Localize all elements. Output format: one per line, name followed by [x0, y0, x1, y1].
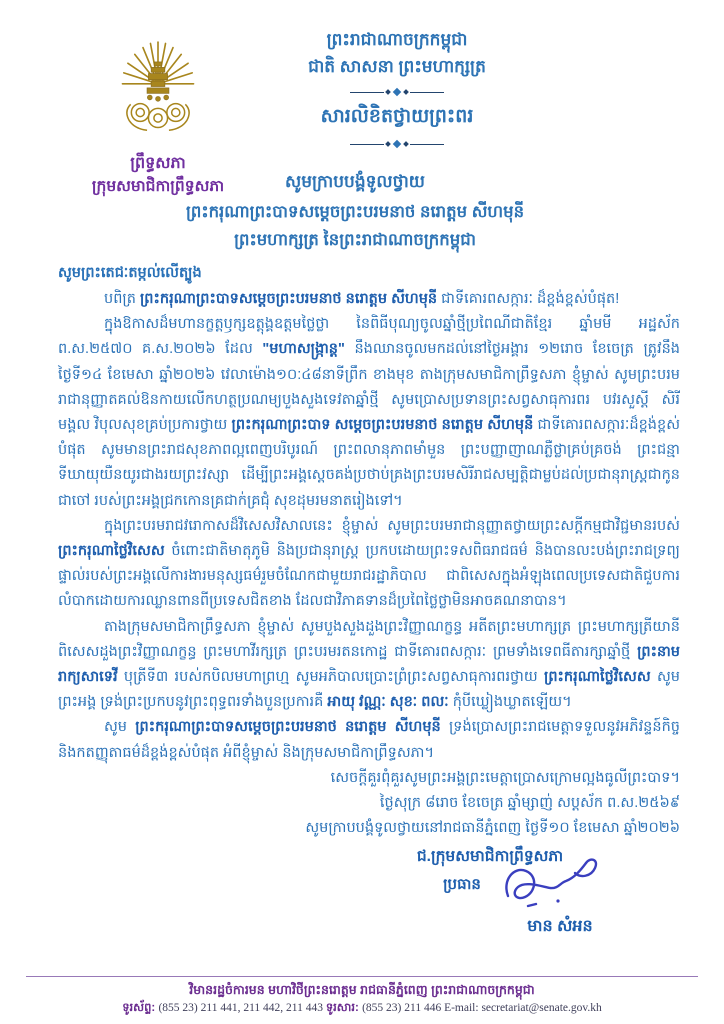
document-title: សារលិខិតថ្វាយព្រះពរ	[130, 102, 664, 132]
place-date-line: សូមក្រាបបង្គំទូលថ្វាយនៅរាជធានីភ្នំពេញ ថ្…	[58, 816, 680, 841]
submission-line: សូមក្រាបបង្គំទូលថ្វាយ	[30, 166, 680, 198]
signature-scribble-icon	[498, 856, 614, 916]
addressee-block: សូមក្រាបបង្គំទូលថ្វាយ ព្រះករុណាព្រះបាទសម…	[30, 166, 680, 254]
footer-divider	[26, 976, 698, 977]
king-name-line: ព្រះករុណាព្រះបាទសម្ដេចព្រះបរមនាថ នរោត្តម…	[30, 198, 680, 226]
kingdom-title: ព្រះរាជាណាចក្រកម្ពុជា	[130, 26, 664, 53]
paragraph-4: តាងក្រុមសមាជិកាព្រឹទ្ធសភា ខ្ញុំម្ចាស់ សូ…	[58, 615, 680, 716]
signature-block: ជ.ក្រុមសមាជិកាព្រឹទ្ធសភា ប្រធាន មាន សំអន	[58, 844, 680, 948]
signer-name: មាន សំអន	[460, 914, 660, 939]
letter-body: សូមព្រះតេជៈតម្កល់លើត្បូង បពិត្រ ព្រះករុណ…	[58, 260, 680, 948]
letter-page: ព្រឹទ្ធសភា ក្រុមសមាជិកាព្រឹទ្ធសភា ព្រះរា…	[0, 0, 724, 1024]
footer-address: វិមានរដ្ឋចំការមន មហាវិថីព្រះនរោត្តម រាជធ…	[0, 980, 724, 1000]
closing-respect-line: សេចក្ដីគួរពុំគួរសូមព្រះអង្គព្រះមេត្តាប្រ…	[58, 766, 680, 791]
paragraph-3: ក្នុងព្រះបរមរាជវរោកាសដ៏វិសេសវិសាលនេះ ខ្ញ…	[58, 514, 680, 615]
paragraph-5: សូម ព្រះករុណាព្រះបាទសម្ដេចព្រះបរមនាថ នរោ…	[58, 715, 680, 765]
footer-contact-line: ទូរស័ព្ទ: (855 23) 211 441, 211 442, 211…	[0, 1000, 724, 1017]
lunar-date-line: ថ្ងៃសុក្រ ៨រោច ខែចេត្រ ឆ្នាំម្សាញ់ សប្តស…	[58, 791, 680, 816]
salutation-line: សូមព្រះតេជៈតម្កល់លើត្បូង	[58, 260, 680, 287]
king-title-line: ព្រះមហាក្សត្រ នៃព្រះរាជាណាចក្រកម្ពុជា	[30, 226, 680, 254]
divider-ornament-icon	[130, 88, 664, 96]
center-header-block: ព្រះរាជាណាចក្រកម្ពុជា ជាតិ សាសនា ព្រះមហា…	[130, 26, 664, 154]
national-motto: ជាតិ សាសនា ព្រះមហាក្សត្រ	[130, 53, 664, 80]
footer: វិមានរដ្ឋចំការមន មហាវិថីព្រះនរោត្តម រាជធ…	[0, 976, 724, 1017]
paragraph-2: ក្នុងឱកាសដ៏មហានក្ខត្តឫក្សឧត្ដុង្គឧត្ដមថ្…	[58, 312, 680, 514]
divider-ornament-icon	[130, 140, 664, 148]
paragraph-1: បពិត្រ ព្រះករុណាព្រះបាទសម្ដេចព្រះបរមនាថ …	[58, 287, 680, 312]
